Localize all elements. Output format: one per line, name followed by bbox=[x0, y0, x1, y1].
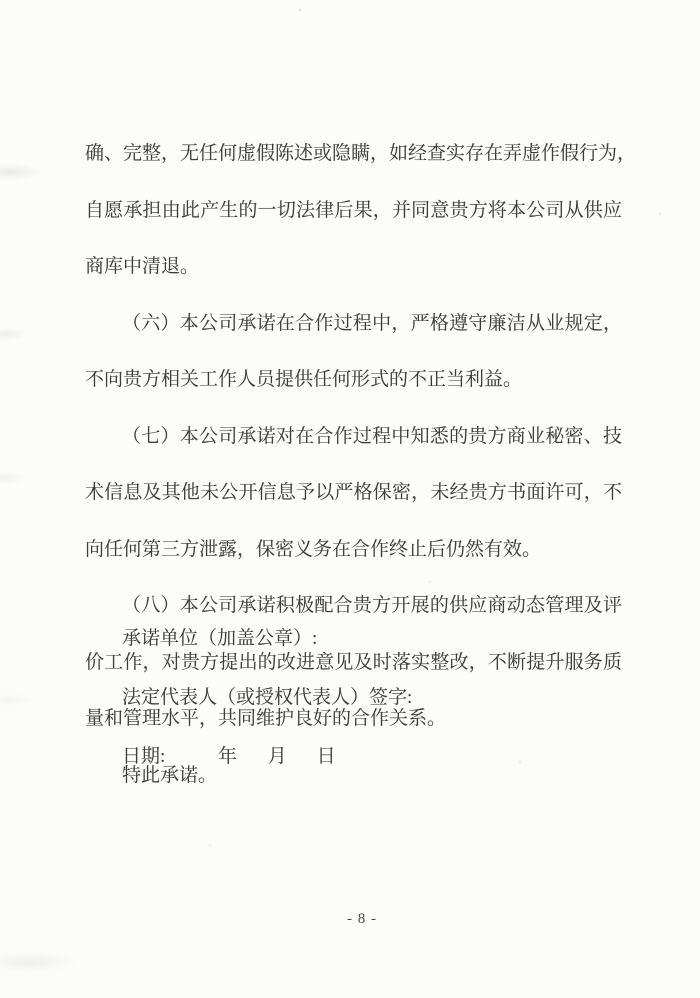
clause-seven-line-2: 术信息及其他未公开信息予以严格保密，未经贵方书面许可，不 bbox=[85, 474, 622, 512]
continuation-paragraph-line-2: 自愿承担由此产生的一切法律后果，并同意贵方将本公司从供应 bbox=[85, 192, 622, 230]
continuation-paragraph-line-1: 确、完整，无任何虚假陈述或隐瞒，如经查实存在弄虚作假行为， bbox=[85, 135, 622, 173]
signature-legal-rep-label: 法定代表人（或授权代表人）签字: bbox=[122, 678, 412, 718]
date-month-char: 月 bbox=[268, 737, 287, 777]
date-day-char: 日 bbox=[317, 737, 336, 777]
signature-unit-label: 承诺单位（加盖公章）: bbox=[122, 619, 412, 659]
scanned-document-page: 确、完整，无任何虚假陈述或隐瞒，如经查实存在弄虚作假行为， 自愿承担由此产生的一… bbox=[0, 0, 700, 998]
clause-six-line-1: （六）本公司承诺在合作过程中，严格遵守廉洁从业规定， bbox=[85, 305, 622, 343]
date-label: 日期: bbox=[122, 746, 165, 767]
signature-date-line: 日期: 年 月 日 bbox=[122, 737, 412, 777]
continuation-paragraph-line-3: 商库中清退。 bbox=[85, 248, 622, 286]
date-year-char: 年 bbox=[218, 737, 237, 777]
page-number: - 8 - bbox=[12, 908, 700, 930]
clause-seven-line-3: 向任何第三方泄露，保密义务在合作终止后仍然有效。 bbox=[85, 531, 622, 569]
clause-six-line-2: 不向贵方相关工作人员提供任何形式的不正当利益。 bbox=[85, 361, 622, 399]
signature-block: 承诺单位（加盖公章）: 法定代表人（或授权代表人）签字: 日期: 年 月 日 bbox=[122, 600, 412, 796]
clause-seven-line-1: （七）本公司承诺对在合作过程中知悉的贵方商业秘密、技 bbox=[85, 418, 622, 456]
